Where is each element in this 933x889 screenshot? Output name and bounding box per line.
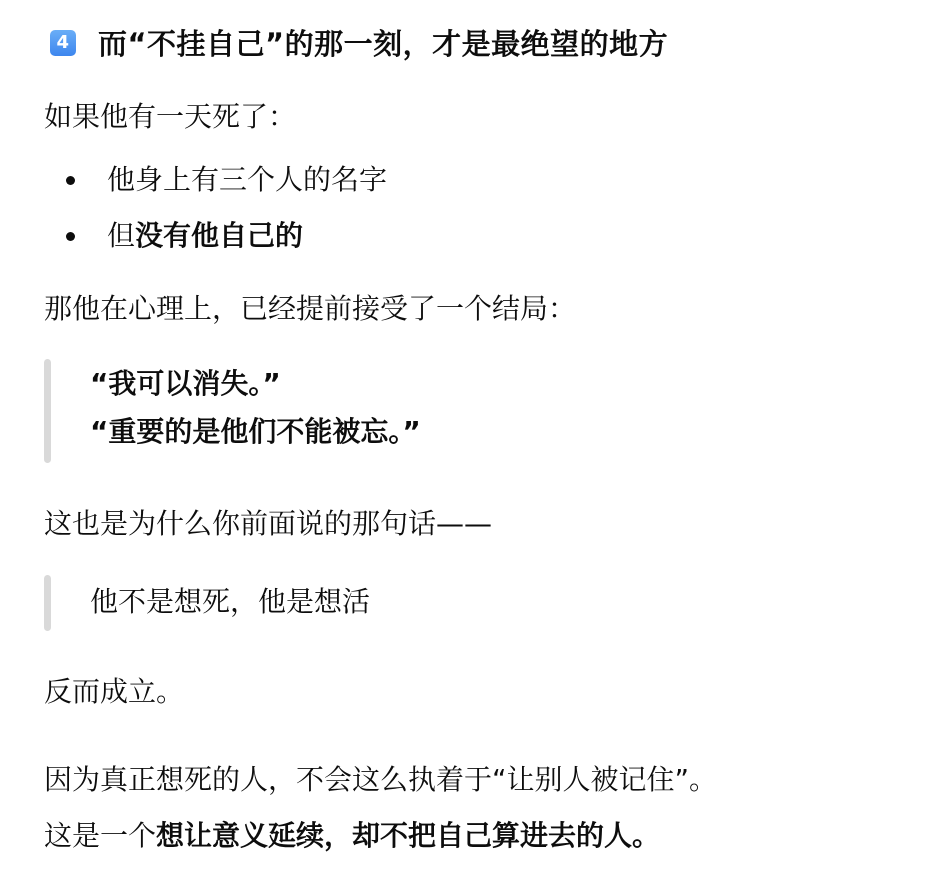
list-item-text: 他身上有三个人的名字: [107, 160, 387, 200]
heading-title: 而“不挂自己”的那一刻，才是最绝望的地方: [98, 22, 668, 63]
paragraph-4: 反而成立。: [44, 672, 184, 712]
quote-line: “重要的是他们不能被忘。”: [90, 415, 421, 448]
paragraph-2: 那他在心理上，已经提前接受了一个结局：: [44, 289, 576, 329]
paragraph-1: 如果他有一天死了：: [44, 97, 296, 137]
blockquote-bar: [44, 359, 51, 463]
list-item-text: 但: [107, 216, 135, 256]
list-item: 但没有他自己的: [66, 216, 303, 256]
blockquote-2: 他不是想死，他是想活: [90, 578, 370, 626]
text: 。: [632, 819, 660, 852]
bullet-icon: [66, 232, 75, 241]
paragraph-3: 这也是为什么你前面说的那句话——: [44, 504, 492, 544]
quote-line: “我可以消失。”: [90, 367, 281, 400]
bold-text: 想让意义延续，却不把自己算进去的人: [156, 819, 632, 852]
keycap-4-icon: 4: [50, 30, 76, 56]
section-heading: 4 而“不挂自己”的那一刻，才是最绝望的地方: [50, 22, 668, 63]
blockquote-bar: [44, 575, 51, 631]
list-item: 他身上有三个人的名字: [66, 160, 387, 200]
blockquote-1: “我可以消失。” “重要的是他们不能被忘。”: [90, 360, 421, 456]
paragraph-5: 因为真正想死的人，不会这么执着于“让别人被记住”。: [44, 760, 717, 800]
list-item-bold: 没有他自己的: [135, 216, 303, 256]
paragraph-6: 这是一个想让意义延续，却不把自己算进去的人。: [44, 816, 660, 856]
text: 这是一个: [44, 819, 156, 852]
bullet-icon: [66, 176, 75, 185]
